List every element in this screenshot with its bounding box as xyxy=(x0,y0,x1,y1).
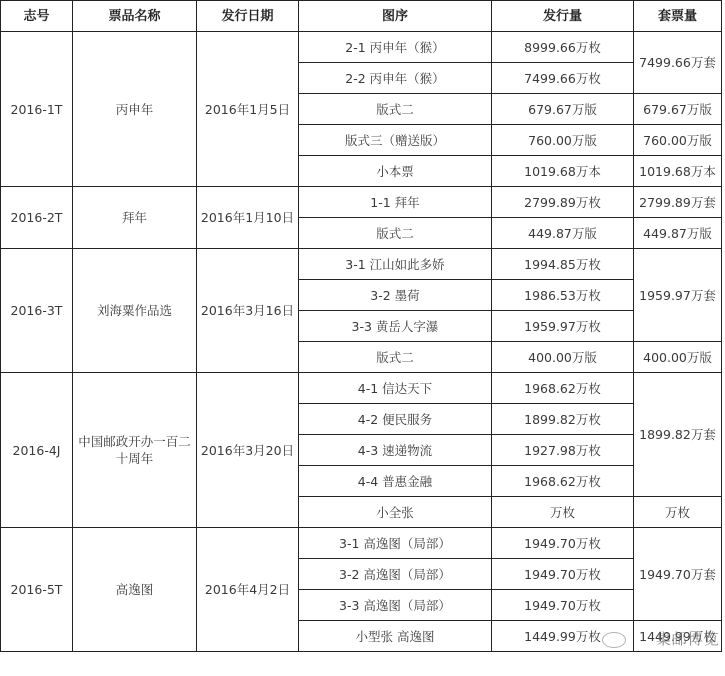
cell-seq: 小本票 xyxy=(299,156,492,187)
table-row: 2016-5T 高逸图 2016年4月2日 3-1 高逸图（局部） 1949.7… xyxy=(1,528,722,559)
cell-seq: 版式二 xyxy=(299,342,492,373)
cell-seq: 4-1 信达天下 xyxy=(299,373,492,404)
cell-name: 高逸图 xyxy=(73,528,197,652)
cell-issue: 2799.89万枚 xyxy=(492,187,634,218)
cell-id: 2016-3T xyxy=(1,249,73,373)
table-row: 2016-3T 刘海粟作品选 2016年3月16日 3-1 江山如此多娇 199… xyxy=(1,249,722,280)
cell-seq: 版式二 xyxy=(299,94,492,125)
cell-id: 2016-4J xyxy=(1,373,73,528)
cell-issue: 449.87万版 xyxy=(492,218,634,249)
cell-issue: 1949.70万枚 xyxy=(492,528,634,559)
cell-name: 中国邮政开办一百二十周年 xyxy=(73,373,197,528)
cell-issue: 760.00万版 xyxy=(492,125,634,156)
cell-seq: 3-3 黄岳人字瀑 xyxy=(299,311,492,342)
cell-set: 449.87万版 xyxy=(634,218,722,249)
cell-issue: 400.00万版 xyxy=(492,342,634,373)
cell-date: 2016年3月20日 xyxy=(197,373,299,528)
cell-name: 丙申年 xyxy=(73,32,197,187)
cell-set: 1949.70万套 xyxy=(634,528,722,621)
cell-issue: 1899.82万枚 xyxy=(492,404,634,435)
cell-issue: 7499.66万枚 xyxy=(492,63,634,94)
header-row: 志号 票品名称 发行日期 图序 发行量 套票量 xyxy=(1,1,722,32)
cell-seq: 版式二 xyxy=(299,218,492,249)
header-seq: 图序 xyxy=(299,1,492,32)
cell-issue: 1949.70万枚 xyxy=(492,590,634,621)
cell-set: 679.67万版 xyxy=(634,94,722,125)
cell-set: 400.00万版 xyxy=(634,342,722,373)
cell-seq: 4-4 普惠金融 xyxy=(299,466,492,497)
cell-set: 7499.66万套 xyxy=(634,32,722,94)
stamp-issue-table: 志号 票品名称 发行日期 图序 发行量 套票量 2016-1T 丙申年 2016… xyxy=(0,0,722,652)
header-name: 票品名称 xyxy=(73,1,197,32)
cell-seq: 2-1 丙申年（猴） xyxy=(299,32,492,63)
cell-issue: 1927.98万枚 xyxy=(492,435,634,466)
watermark: 集邮博览 xyxy=(622,628,720,649)
cell-id: 2016-5T xyxy=(1,528,73,652)
cell-set: 1899.82万套 xyxy=(634,373,722,497)
cell-name: 刘海粟作品选 xyxy=(73,249,197,373)
cell-set: 1019.68万本 xyxy=(634,156,722,187)
table-row: 2016-4J 中国邮政开办一百二十周年 2016年3月20日 4-1 信达天下… xyxy=(1,373,722,404)
cell-date: 2016年1月5日 xyxy=(197,32,299,187)
cell-issue: 679.67万版 xyxy=(492,94,634,125)
cell-date: 2016年4月2日 xyxy=(197,528,299,652)
cell-seq: 3-3 高逸图（局部） xyxy=(299,590,492,621)
cell-id: 2016-1T xyxy=(1,32,73,187)
cell-issue: 1968.62万枚 xyxy=(492,373,634,404)
cell-issue: 1019.68万本 xyxy=(492,156,634,187)
header-date: 发行日期 xyxy=(197,1,299,32)
cell-issue: 8999.66万枚 xyxy=(492,32,634,63)
cell-set: 760.00万版 xyxy=(634,125,722,156)
cell-seq: 小型张 高逸图 xyxy=(299,621,492,652)
cell-issue: 1968.62万枚 xyxy=(492,466,634,497)
cell-seq: 4-3 速递物流 xyxy=(299,435,492,466)
cell-seq: 4-2 便民服务 xyxy=(299,404,492,435)
cell-date: 2016年3月16日 xyxy=(197,249,299,373)
wechat-icon xyxy=(602,632,626,648)
header-id: 志号 xyxy=(1,1,73,32)
cell-seq: 1-1 拜年 xyxy=(299,187,492,218)
cell-issue: 1959.97万枚 xyxy=(492,311,634,342)
cell-issue: 1986.53万枚 xyxy=(492,280,634,311)
cell-seq: 2-2 丙申年（猴） xyxy=(299,63,492,94)
cell-seq: 小全张 xyxy=(299,497,492,528)
watermark-text: 集邮博览 xyxy=(656,630,720,648)
cell-seq: 3-1 江山如此多娇 xyxy=(299,249,492,280)
cell-issue: 1994.85万枚 xyxy=(492,249,634,280)
table-row: 2016-2T 拜年 2016年1月10日 1-1 拜年 2799.89万枚 2… xyxy=(1,187,722,218)
cell-issue: 1949.70万枚 xyxy=(492,559,634,590)
cell-set: 1959.97万套 xyxy=(634,249,722,342)
cell-id: 2016-2T xyxy=(1,187,73,249)
header-issue: 发行量 xyxy=(492,1,634,32)
cell-seq: 版式三（赠送版） xyxy=(299,125,492,156)
cell-issue: 万枚 xyxy=(492,497,634,528)
cell-name: 拜年 xyxy=(73,187,197,249)
cell-seq: 3-2 高逸图（局部） xyxy=(299,559,492,590)
header-set: 套票量 xyxy=(634,1,722,32)
cell-seq: 3-1 高逸图（局部） xyxy=(299,528,492,559)
cell-set: 2799.89万套 xyxy=(634,187,722,218)
cell-set: 万枚 xyxy=(634,497,722,528)
cell-seq: 3-2 墨荷 xyxy=(299,280,492,311)
cell-date: 2016年1月10日 xyxy=(197,187,299,249)
table-row: 2016-1T 丙申年 2016年1月5日 2-1 丙申年（猴） 8999.66… xyxy=(1,32,722,63)
